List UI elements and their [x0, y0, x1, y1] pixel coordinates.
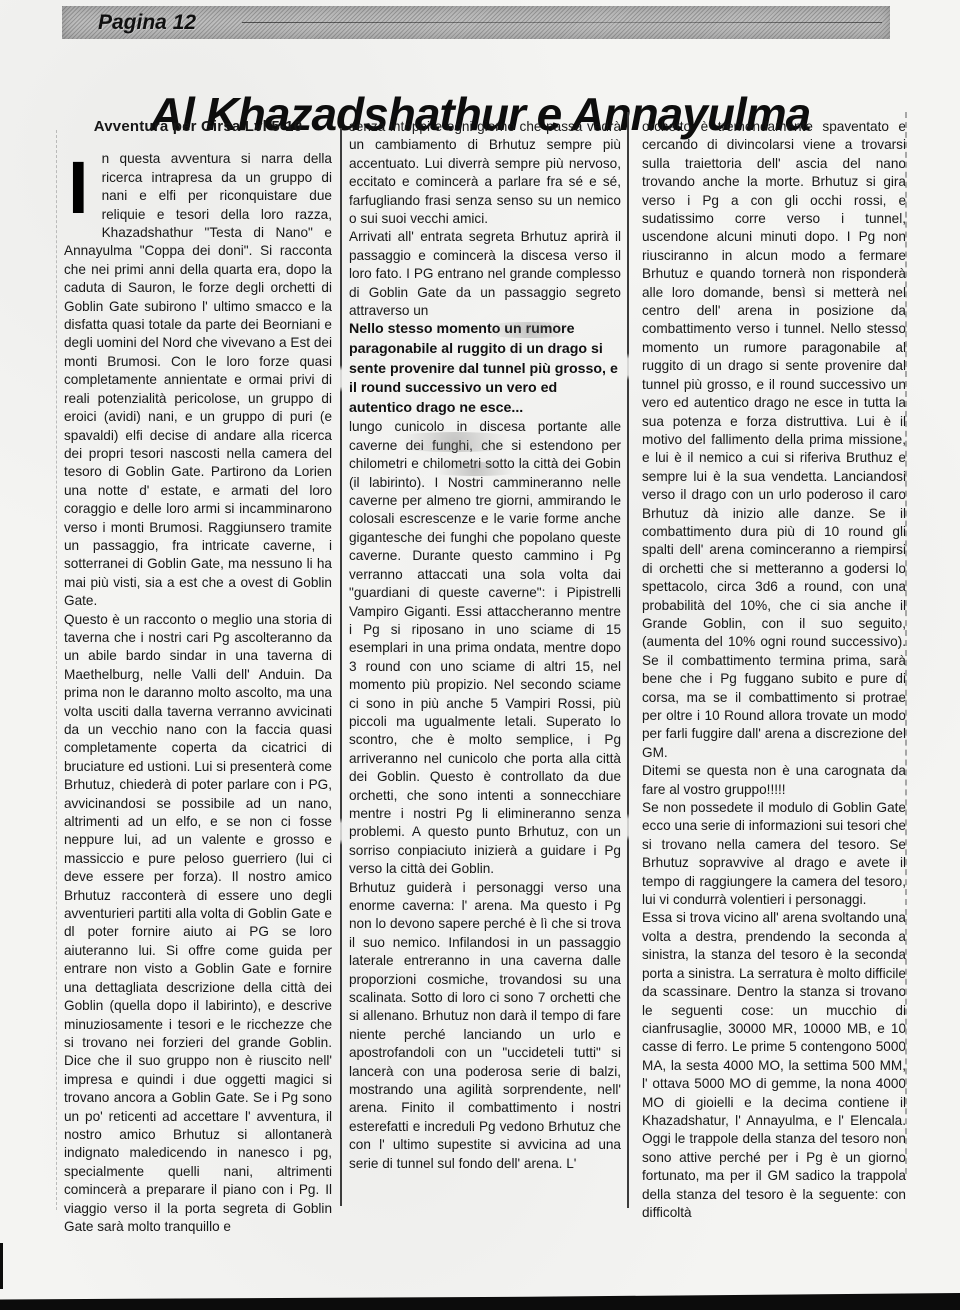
page-root: { "page": { "banner_label": "Pagina 12",…: [0, 0, 960, 1310]
dropcap-letter: I: [68, 155, 89, 225]
text-column-1: Avventura per Girsa Lvl 5-10 In questa a…: [64, 118, 332, 1236]
text-column-3: orchetto è tremendamente spaventato e ce…: [642, 118, 906, 1222]
column-divider: [340, 128, 342, 1206]
paragraph: Questo è un racconto o meglio una storia…: [64, 611, 332, 1237]
scan-smudge: [420, 462, 530, 476]
page-edge-line: [56, 130, 57, 1210]
paragraph: Arrivati all' entrata segreta Brhutuz ap…: [349, 228, 621, 320]
paragraph: In questa avventura si narra della ricer…: [64, 150, 332, 610]
page-edge-line: [905, 112, 907, 1174]
paragraph: lungo cunicolo in discesa portante alle …: [349, 418, 621, 878]
paragraph: Essa si trova vicino all' arena svoltand…: [642, 909, 906, 1222]
paragraph: senza intoppi e ogni giorno che passa ve…: [349, 118, 621, 228]
paragraph: Brhutuz guiderà i personaggi verso una e…: [349, 879, 621, 1174]
scan-artifact-left-tick: [0, 1243, 3, 1289]
banner-scratch-line: [242, 22, 882, 23]
paragraph: orchetto è tremendamente spaventato e ce…: [642, 118, 906, 762]
column-divider: [627, 112, 629, 1208]
adventure-heading: Avventura per Girsa Lvl 5-10: [64, 118, 332, 136]
text-column-2: senza intoppi e ogni giorno che passa ve…: [349, 118, 621, 1173]
paragraph-text: n questa avventura si narra della ricerc…: [64, 151, 332, 608]
page-number-label: Pagina 12: [98, 6, 196, 39]
scan-smudge: [470, 322, 590, 338]
paragraph: Ditemi se questa non è una carognata da …: [642, 762, 906, 799]
scan-smudge: [380, 432, 530, 452]
scan-artifact-bottom-bar: [0, 1293, 960, 1310]
paragraph: Se non possedete il modulo di Goblin Gat…: [642, 799, 906, 909]
page-banner: Pagina 12: [62, 6, 890, 39]
